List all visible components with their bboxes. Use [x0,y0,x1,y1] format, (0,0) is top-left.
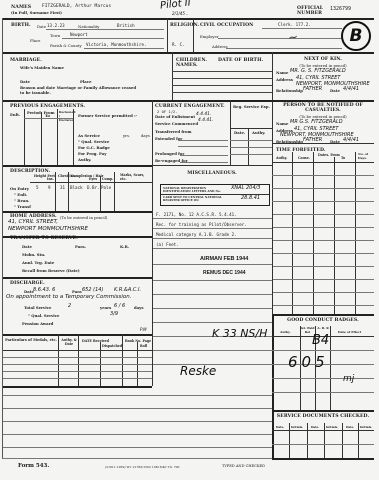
enlistment-date-value: 4.4.41. [196,112,211,117]
underline [180,162,228,163]
enlistment-date-label: Date of Enlistment [155,114,195,119]
marriage-label: MARRIAGE. [10,58,42,63]
line [272,214,374,215]
nok-relationship-label: Relationship [276,88,303,93]
sd-col-initials-2: Initials. [326,425,338,429]
line [152,238,272,239]
desc-hair: Black [70,185,83,190]
divider [289,423,290,459]
nok-date-label: Date [330,88,340,93]
discharge-para-value: 652 (14) [82,287,103,293]
nationality-value: British [117,23,135,28]
airman-feb-stamp: AIRMAN FEB 1944 [200,256,248,262]
divider [342,423,343,459]
line [172,92,272,93]
home-address-sub: (To be entered in pencil) [60,215,107,220]
home-address-line1: 41, CYRIL STREET, [8,219,58,225]
discharge-date-value: 8.6.43. 6 [33,287,55,293]
sd-col-date-2: Date. [311,425,319,429]
divider [272,314,374,316]
prev-row-as-service: As Service [78,133,100,138]
civil-occupation-label: CIVIL OCCUPATION [200,23,253,28]
total-service-value: 2 [68,303,71,309]
misc-typed-line-1: F. 2171, No. 12 A.C.S.R. 5.4.41. [156,212,237,217]
transfer-reserve-label: TRANSFER TO RESERVE. [10,236,78,241]
line [152,218,272,219]
desc-height-feet: 5 [36,185,39,190]
remus-dec-stamp: REMUS DEC 1944 [203,270,246,276]
sd-col-date-1: Date. [276,425,284,429]
names-sub-label: (In Full, Surname First) [11,10,62,15]
good-conduct-label: GOOD CONDUCT BADGES. [272,318,374,323]
current-date-col: Date. [234,130,245,135]
birth-date-value: 13.2.23 [47,23,65,28]
scribble-mark: ~ [287,29,299,45]
discharge-initials: P.M [140,327,147,332]
nok-date-value: 4/4/41 [343,86,359,92]
medals-col-book: Book No. Page [125,339,151,343]
divider [272,410,374,412]
card-sent-stamp-value: 28.8.41 [241,195,260,201]
registration-stamp-text: NATIONAL REGISTRATION IDENTIFICATION LET… [163,187,225,193]
sd-col-date-3: Date. [346,425,354,429]
gc-col-authy: Authy. [280,330,291,334]
divider [307,423,308,459]
reg-service-exp-label: Reg. Service Exp. [233,104,270,109]
line [272,279,374,280]
handwritten-605: 605 [288,353,329,371]
line [152,322,272,323]
desc-col-hair: Complexion / Hair [71,174,103,178]
form-border-left [2,18,3,458]
line [230,140,272,141]
handwritten-reske-signature: Reske [180,364,216,378]
line [272,253,374,254]
total-service-label: Total Service [24,305,51,310]
line [152,280,272,281]
line [2,378,152,379]
underline [84,48,164,49]
divider [230,128,272,129]
marriage-place-label: Place [80,79,92,84]
underline [178,140,228,141]
home-address-line2: NEWPORT MONMOUTHSHIRE [8,226,88,232]
marriage-date-label: Date [20,79,30,84]
divider [2,334,152,336]
line [2,395,272,396]
pension-award-label: Pension Award [22,321,53,326]
typed-and-checked: TYPED AND CHECKED [222,464,265,468]
divider [30,182,152,183]
place-label: Place [30,38,40,43]
divider [334,157,335,314]
line [172,71,272,72]
divider [330,326,331,410]
parish-label: Parish & County [50,43,82,48]
divider [152,165,272,166]
divider [272,430,374,431]
divider [292,152,293,314]
underline [178,146,228,147]
line [272,350,374,351]
divider [272,162,374,163]
underline [180,155,228,156]
desc-row-transf: " Transf [14,204,31,209]
prev-row-gc-badge: For G.C. Badge [78,145,110,150]
line [272,392,374,393]
line [2,421,272,422]
misc-typed-line-2: Rec. for training as Pilot/Observer. [156,222,247,227]
divider [152,165,153,386]
divider [2,277,152,279]
children-dob-label: DATE OF BIRTH. [218,58,263,63]
line [152,228,272,229]
desc-complexion: Pale [101,185,111,190]
divider [55,172,56,212]
years-label: years [100,305,111,310]
divider [230,100,231,165]
tf-col-authy: Authy. [276,156,287,160]
former-service-label: Former Service permitted :- [78,113,137,118]
divider [355,152,356,314]
tf-col-cause: Cause. [298,156,310,160]
official-number-value: 1326799 [330,6,351,12]
town-value: Newport [70,32,88,37]
line [272,292,374,293]
religion-label: RELIGION. [170,23,199,28]
line [24,118,73,119]
discharge-kr-value: K.R.&A.C.I. [114,287,141,293]
tr-kr-label: K.R. [120,244,129,249]
miscellaneous-label: MISCELLANEOUS. [152,171,272,176]
tr-training-label: Annl. Trg. Date [22,260,54,265]
name-value: FITZGERALD, Arthur Marcus [42,4,111,9]
medals-col-particulars: Particulars of Medals, etc. [4,338,58,342]
next-of-kin-label: NEXT OF KIN. [272,57,374,62]
divider [313,152,314,314]
underline [62,38,164,39]
form-number: Form 543. [18,463,49,469]
handwritten-k33-note: K 33 NS/H [212,327,267,340]
sd-col-initials-3: Initials. [360,425,372,429]
line [2,364,152,365]
medals-col-received: DATE Received [82,339,109,343]
birth-date-label: Date [37,24,46,29]
underline [262,28,342,29]
desc-chest: 31 [60,185,65,190]
days-label: days [134,305,143,310]
divider [272,143,374,144]
divider [114,172,115,212]
line [2,434,272,435]
medals-col-roll: Roll [140,344,147,348]
line [272,188,374,189]
line [2,408,272,409]
line [272,266,374,267]
divider [2,386,152,388]
years-days-value: 6 / 6 [114,303,125,309]
top-stamp-pilot: Pilot II [160,0,192,12]
desc-col-marks: Marks, Scars, etc. [120,174,148,181]
tr-para-label: Para. [75,244,86,249]
medals-col-dispatched: Dispatched [102,344,122,348]
tr-date-label: Date [22,244,32,249]
line [230,147,272,148]
divider [272,206,273,314]
divider [167,18,168,52]
line [272,444,374,445]
line [272,305,374,306]
children-names-label: CHILDREN. NAMES. [176,58,206,68]
top-small-note: 2/1/45 .. [172,11,189,16]
town-label: Town [50,33,60,38]
line [172,85,272,86]
line [272,175,374,176]
marriage-allowance-label: Reason and date Marriage or Family Allow… [20,85,138,95]
divider [2,18,374,20]
underline [46,29,164,30]
medals-col-authy: Authy. & Date [60,338,78,346]
parish-value: Victoria, Monmouthshire. [86,42,147,47]
circle-stamp-letter: B [343,23,369,49]
line [2,357,152,358]
casualty-name-value: MR G.S. FITZGERALD [290,119,343,125]
nok-relationship-value: FATHER [303,86,322,92]
misc-typed-line-4: (a) Feet. [156,242,179,247]
service-commenced-label: Service Commenced [155,121,198,126]
desc-eyes: D.Br. [87,185,100,190]
gc-col-adr: A. D. R [316,327,330,331]
tr-recall-label: Recall from Reserve (Date) [22,268,80,273]
qual-service-value: 3/9 [110,311,118,317]
line [2,458,272,459]
employer-label: Employer [200,34,219,39]
prev-yrs-label: yrs. [123,133,130,138]
nok-name-label: Name [276,70,288,75]
qual-service-label: " Qual. Service [28,313,59,318]
printer-imprint: (21611-1939) Wt. 21780/1502 10M 8/40 T.S… [105,465,179,469]
tf-col-from: Dates. From [318,153,340,157]
desc-row-enlt: " Enlt. [14,192,27,197]
nok-address-label: Address [276,77,293,82]
prev-row-prog-pay: For Prog. Pay [78,151,106,156]
transferred-from-label: Transferred from [155,129,192,134]
service-commenced-value: 4.4.41. [198,118,213,123]
underline [226,48,342,49]
line [152,308,272,309]
handwritten-b4: B4 [312,333,329,348]
religion-value: R. C. [172,42,185,47]
divider [68,172,69,212]
divider [41,112,42,165]
gc-col-date-effect: Date of Effect [338,330,361,334]
divider [272,458,374,460]
sd-col-initials-1: Initials. [291,425,303,429]
line [152,248,272,249]
circle-stamp: B [341,21,371,51]
divider [193,18,194,52]
line [172,78,272,79]
current-authy-col: Authy. [252,130,265,135]
casualty-notify-label: PERSON TO BE NOTIFIED OF CASUALTIES. [272,103,374,113]
desc-row-entry: On Entry [10,186,29,191]
misc-typed-line-3: Medical category A.1.B. Grade 2. [156,232,237,237]
prev-col-enlt: Enlt. [10,112,20,117]
prev-days-label: days [141,133,150,138]
divider [324,423,325,459]
tf-col-days: No. of Days. [358,153,372,160]
desc-col-eyes: Eyes [89,177,97,181]
prev-row-qual-service: " Qual. Service [78,139,109,144]
service-record-form: NAMES (In Full, Surname First) FITZGERAL… [0,0,379,480]
divider [2,52,374,54]
desc-row-rean: " Rean. [14,198,29,203]
line [272,227,374,228]
divider [2,165,152,167]
casualty-name-label: Name [276,121,288,126]
service-docs-label: SERVICE DOCUMENTS CHECKED. [272,414,374,419]
civil-occupation-value: Clerk. 177.2. [278,22,311,27]
underline [218,38,342,39]
line [2,447,272,448]
registration-stamp: NATIONAL REGISTRATION IDENTIFICATION LET… [160,184,270,206]
desc-col-comp: Comp. [102,177,113,181]
card-sent-stamp-text: CARD SENT TO CENTRAL NATIONAL REGISTER O… [163,196,225,202]
line [152,350,272,351]
discharge-label: DISCHARGE. [10,281,45,286]
nok-name-value: MR. G. S. FITZGERALD [290,68,346,74]
divider [73,109,74,165]
divider [2,350,152,351]
line [152,264,272,265]
divider [358,423,359,459]
wife-maiden-name-label: Wife's Maiden Name [20,65,64,70]
line [152,294,272,295]
line [272,201,374,202]
line [272,378,374,379]
divider [272,52,273,206]
prev-row-authy: Authy. [78,157,91,162]
registration-stamp-value: XNAL 204/3 [231,185,260,191]
prev-col-reckoned: Reckoned / Declared [59,110,73,122]
birth-label: BIRTH. [11,23,31,28]
line [272,240,374,241]
line [2,371,152,372]
discharge-note: On appointment to a Temporary Commission… [6,294,131,300]
divider [2,211,152,213]
desc-height-ins: 9 [48,185,51,190]
desc-col-ins: Ins. [47,177,54,181]
divider [2,100,374,102]
line [230,154,272,155]
official-number-label: OFFICIAL NUMBER [297,6,323,16]
handwritten-mj-initials: mj [343,374,354,384]
tf-col-to: To [341,156,345,160]
tr-mobn-label: Mobn. Stn. [22,252,45,257]
